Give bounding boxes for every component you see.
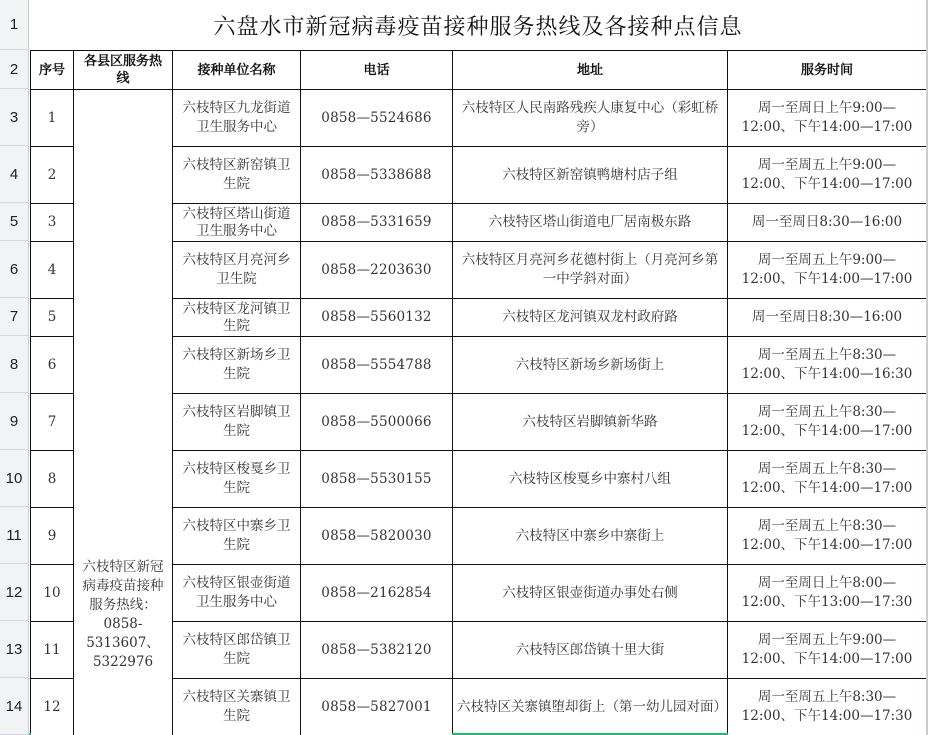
cell-address[interactable]: 六枝特区银壶街道办事处右侧 (453, 565, 728, 622)
cell-unit-name[interactable]: 六枝特区关寨镇卫生院 (173, 679, 301, 735)
cell-address[interactable]: 六枝特区龙河镇双龙村政府路 (453, 299, 728, 337)
cell-address[interactable]: 六枝特区塔山街道电厂居南极东路 (453, 204, 728, 242)
cell-seq[interactable]: 12 (31, 679, 74, 735)
row-header-5[interactable]: 5 (0, 203, 29, 241)
cell-address[interactable]: 六枝特区岩脚镇新华路 (453, 394, 728, 451)
cell-unit-name[interactable]: 六枝特区新场乡卫生院 (173, 337, 301, 394)
header-seq[interactable]: 序号 (31, 51, 74, 90)
cell-phone[interactable]: 0858—5827001 (301, 679, 453, 735)
header-phone[interactable]: 电话 (301, 51, 453, 90)
cell-hours[interactable]: 周一至周五上午8:30—12:00、下午14:00—17:00 (728, 394, 927, 451)
cell-hours[interactable]: 周一至周五上午8:30—12:00、下午14:00—17:00 (728, 508, 927, 565)
cell-phone[interactable]: 0858—2203630 (301, 242, 453, 299)
header-hotline[interactable]: 各县区服务热线 (74, 51, 173, 90)
cell-seq[interactable]: 9 (31, 508, 74, 565)
cell-seq[interactable]: 4 (31, 242, 74, 299)
cell-phone[interactable]: 0858—5530155 (301, 451, 453, 508)
cell-seq[interactable]: 11 (31, 622, 74, 679)
cell-address[interactable]: 六枝特区梭戛乡中寨村八组 (453, 451, 728, 508)
cell-seq[interactable]: 6 (31, 337, 74, 394)
row-header-1[interactable]: 1 (0, 0, 29, 50)
hotline-text: 六枝特区新冠病毒疫苗接种服务热线：0858-5313607、5322976 (78, 558, 168, 672)
table-row: 1 六枝特区新冠病毒疫苗接种服务热线：0858-5313607、5322976 … (31, 90, 927, 147)
cell-seq[interactable]: 10 (31, 565, 74, 622)
header-hours[interactable]: 服务时间 (728, 51, 927, 90)
cell-hours[interactable]: 周一至周五上午9:00—12:00、下午14:00—17:00 (728, 147, 927, 204)
cell-unit-name[interactable]: 六枝特区岩脚镇卫生院 (173, 394, 301, 451)
cell-phone[interactable]: 0858—5331659 (301, 204, 453, 242)
cell-address[interactable]: 六枝特区郎岱镇十里大街 (453, 622, 728, 679)
cell-phone[interactable]: 0858—5382120 (301, 622, 453, 679)
row-header-8[interactable]: 8 (0, 336, 29, 393)
cell-unit-name[interactable]: 六枝特区月亮河乡卫生院 (173, 242, 301, 299)
cell-phone[interactable]: 0858—5338688 (301, 147, 453, 204)
cell-seq[interactable]: 1 (31, 90, 74, 147)
header-row: 序号 各县区服务热线 接种单位名称 电话 地址 服务时间 (31, 51, 927, 90)
cell-hours[interactable]: 周一至周五上午8:30—12:00、下午14:00—16:30 (728, 337, 927, 394)
row-header-6[interactable]: 6 (0, 241, 29, 298)
cell-address[interactable]: 六枝特区月亮河乡花德村街上（月亮河乡第一中学斜对面） (453, 242, 728, 299)
cell-address[interactable]: 六枝特区关寨镇堕却街上（第一幼儿园对面） (453, 679, 728, 735)
cell-hours[interactable]: 周一至周五上午9:00—12:00、下午14:00—17:00 (728, 242, 927, 299)
row-header-9[interactable]: 9 (0, 393, 29, 450)
cell-seq[interactable]: 8 (31, 451, 74, 508)
cell-seq[interactable]: 7 (31, 394, 74, 451)
cell-phone[interactable]: 0858—5554788 (301, 337, 453, 394)
cell-unit-name[interactable]: 六枝特区塔山街道卫生服务中心 (173, 204, 301, 242)
cell-phone[interactable]: 0858—5524686 (301, 90, 453, 147)
cell-phone[interactable]: 0858—5560132 (301, 299, 453, 337)
cell-unit-name[interactable]: 六枝特区梭戛乡卫生院 (173, 451, 301, 508)
cell-hours[interactable]: 周一至周日8:30—16:00 (728, 299, 927, 337)
cell-hours[interactable]: 周一至周五上午8:30—12:00、下午14:00—17:30 (728, 679, 927, 735)
cell-unit-name[interactable]: 六枝特区郎岱镇卫生院 (173, 622, 301, 679)
header-address[interactable]: 地址 (453, 51, 728, 90)
row-header-13[interactable]: 13 (0, 621, 29, 678)
row-header-7[interactable]: 7 (0, 298, 29, 336)
cell-hours[interactable]: 周一至周日8:30—16:00 (728, 204, 927, 242)
cell-unit-name[interactable]: 六枝特区龙河镇卫生院 (173, 299, 301, 337)
cell-phone[interactable]: 0858—2162854 (301, 565, 453, 622)
cell-hours[interactable]: 周一至周五上午9:00—12:00、下午14:00—17:00 (728, 622, 927, 679)
vaccination-sites-table: 序号 各县区服务热线 接种单位名称 电话 地址 服务时间 1 六枝特区新冠病毒疫… (30, 50, 927, 735)
cell-hotline-merged[interactable]: 六枝特区新冠病毒疫苗接种服务热线：0858-5313607、5322976 (74, 90, 173, 735)
row-header-2[interactable]: 2 (0, 50, 29, 89)
cell-unit-name[interactable]: 六枝特区中寨乡卫生院 (173, 508, 301, 565)
row-header-14[interactable]: 14 (0, 678, 29, 735)
cell-seq[interactable]: 5 (31, 299, 74, 337)
row-header-11[interactable]: 11 (0, 507, 29, 564)
cell-hours[interactable]: 周一至周日上午9:00—12:00、下午14:00—17:00 (728, 90, 927, 147)
cell-seq[interactable]: 3 (31, 204, 74, 242)
cell-address[interactable]: 六枝特区新窑镇鸭塘村店子组 (453, 147, 728, 204)
row-header-3[interactable]: 3 (0, 89, 29, 146)
cell-hours[interactable]: 周一至周五上午8:30—12:00、下午14:00—17:00 (728, 451, 927, 508)
row-header-10[interactable]: 10 (0, 450, 29, 507)
cell-address[interactable]: 六枝特区人民南路残疾人康复中心（彩虹桥旁） (453, 90, 728, 147)
cell-unit-name[interactable]: 六枝特区新窑镇卫生院 (173, 147, 301, 204)
cell-address[interactable]: 六枝特区新场乡新场街上 (453, 337, 728, 394)
sheet-title[interactable]: 六盘水市新冠病毒疫苗接种服务热线及各接种点信息 (30, 0, 926, 50)
cell-hours[interactable]: 周一至周日上午8:00—12:00、下午13:00—17:30 (728, 565, 927, 622)
row-header-4[interactable]: 4 (0, 146, 29, 203)
row-header-12[interactable]: 12 (0, 564, 29, 621)
cell-seq[interactable]: 2 (31, 147, 74, 204)
cell-phone[interactable]: 0858—5500066 (301, 394, 453, 451)
header-unit-name[interactable]: 接种单位名称 (173, 51, 301, 90)
cell-unit-name[interactable]: 六枝特区九龙街道卫生服务中心 (173, 90, 301, 147)
cell-phone[interactable]: 0858—5820030 (301, 508, 453, 565)
cell-unit-name[interactable]: 六枝特区银壶街道卫生服务中心 (173, 565, 301, 622)
cell-address[interactable]: 六枝特区中寨乡中寨街上 (453, 508, 728, 565)
